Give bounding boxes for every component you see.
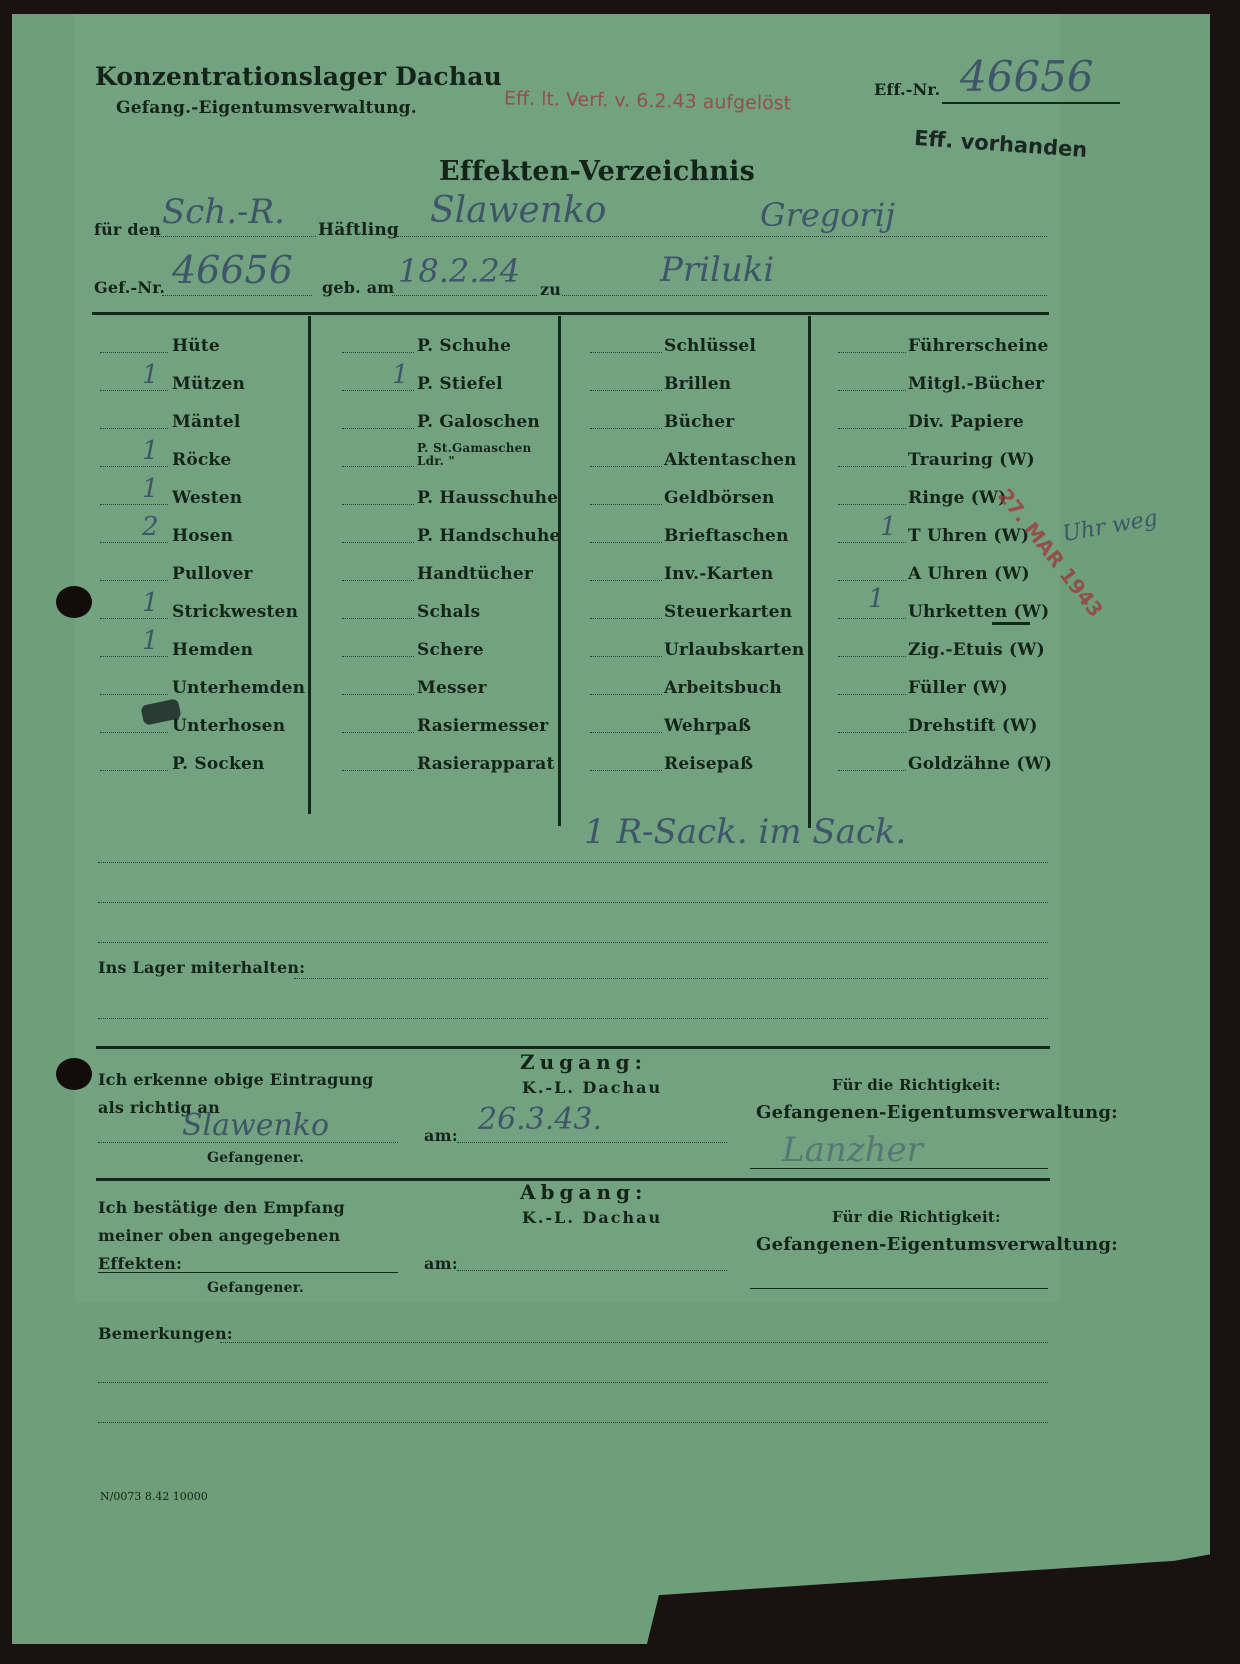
- abgang-signature-line: [98, 1272, 398, 1273]
- qty-line: [100, 732, 168, 733]
- category-field-line: [154, 236, 316, 237]
- eff-nr-value: 46656: [960, 52, 1094, 101]
- item-fueller: Füller (W): [908, 678, 1008, 698]
- extra-handwritten-note: 1 R-Sack. im Sack.: [584, 812, 906, 852]
- abgang-am-label: am:: [424, 1254, 458, 1273]
- qty-line: [590, 770, 662, 771]
- item-stiefel: P. Stiefel: [417, 374, 503, 394]
- item-inv-karten: Inv.-Karten: [664, 564, 773, 584]
- qty-line: [838, 542, 906, 543]
- qty-line: [838, 732, 906, 733]
- item-muetzen: Mützen: [172, 374, 245, 394]
- item-westen: Westen: [172, 488, 242, 508]
- header-divider: [92, 312, 1049, 315]
- item-arbeitsbuch: Arbeitsbuch: [664, 678, 782, 698]
- item-trauring: Trauring (W): [908, 450, 1035, 470]
- item-hausschuhe: P. Hausschuhe: [417, 488, 558, 508]
- notes-line: [98, 902, 1048, 903]
- qty-line: [590, 466, 662, 467]
- item-urlaubskarten: Urlaubskarten: [664, 640, 804, 660]
- official-signature-zugang: Lanzher: [782, 1130, 923, 1170]
- item-zig-etuis: Zig.-Etuis (W): [908, 640, 1045, 660]
- official-signature-line: [750, 1168, 1048, 1169]
- qty-muetzen: 1: [142, 360, 159, 390]
- org-department: Gefang.-Eigentumsverwaltung.: [116, 98, 417, 118]
- item-rasierapparat: Rasierapparat: [417, 754, 555, 774]
- punch-hole: [56, 586, 92, 618]
- item-geldboersen: Geldbörsen: [664, 488, 775, 508]
- qty-line: [100, 390, 168, 391]
- qty-line: [100, 618, 168, 619]
- zugang-date-line: [457, 1142, 727, 1143]
- qty-line: [838, 466, 906, 467]
- qty-line: [100, 352, 168, 353]
- qty-line: [342, 352, 414, 353]
- qty-line: [342, 428, 414, 429]
- zugang-title: Zugang:: [520, 1050, 647, 1074]
- qty-line: [100, 580, 168, 581]
- qty-line: [590, 732, 662, 733]
- gef-nr-value: 46656: [172, 248, 293, 292]
- item-t-uhren: T Uhren (W): [908, 526, 1029, 546]
- zu-label: zu: [540, 280, 561, 299]
- qty-line: [590, 694, 662, 695]
- qty-line: [342, 656, 414, 657]
- zugang-subtitle: K.-L. Dachau: [522, 1078, 662, 1097]
- qty-line: [342, 732, 414, 733]
- birthdate-value: 18.2.24: [398, 252, 520, 290]
- item-strickwesten: Strickwesten: [172, 602, 298, 622]
- qty-line: [342, 504, 414, 505]
- item-ringe: Ringe (W): [908, 488, 1007, 508]
- item-mitgl-buecher: Mitgl.-Bücher: [908, 374, 1044, 394]
- item-socken: P. Socken: [172, 754, 265, 774]
- qty-line: [590, 390, 662, 391]
- qty-hemden: 1: [142, 626, 159, 656]
- qty-line: [100, 466, 168, 467]
- qty-line: [342, 390, 414, 391]
- firstname-value: Gregorij: [760, 196, 895, 234]
- bemerkungen-label: Bemerkungen:: [98, 1324, 233, 1343]
- abgang-title: Abgang:: [520, 1180, 647, 1204]
- item-handtuecher: Handtücher: [417, 564, 533, 584]
- margin-handwritten-note: Uhr weg: [1061, 506, 1160, 547]
- item-goldzaehne: Goldzähne (W): [908, 754, 1052, 774]
- zugang-gefangener-label: Gefangener.: [207, 1150, 304, 1166]
- item-pullover: Pullover: [172, 564, 253, 584]
- org-name: Konzentrationslager Dachau: [95, 62, 502, 91]
- qty-line: [838, 618, 906, 619]
- gef-nr-label: Gef.-Nr.: [94, 278, 165, 297]
- abgang-date-line: [457, 1270, 727, 1271]
- qty-line: [342, 580, 414, 581]
- qty-line: [342, 542, 414, 543]
- item-aktentaschen: Aktentaschen: [664, 450, 797, 470]
- qty-line: [838, 390, 906, 391]
- birthplace-value: Priluki: [660, 250, 774, 290]
- section-divider: [96, 1046, 1050, 1049]
- item-buecher: Bücher: [664, 412, 734, 432]
- qty-hosen: 2: [142, 512, 159, 542]
- fuer-den-label: für den: [94, 220, 161, 239]
- item-unterhemden: Unterhemden: [172, 678, 305, 698]
- prisoner-signature-line: [98, 1142, 398, 1143]
- qty-line: [838, 504, 906, 505]
- item-handschuhe: P. Handschuhe: [417, 526, 561, 546]
- qty-t-uhren: 1: [880, 512, 897, 542]
- item-roecke: Röcke: [172, 450, 231, 470]
- item-huete: Hüte: [172, 336, 220, 356]
- item-brieftaschen: Brieftaschen: [664, 526, 789, 546]
- bemerkungen-line: [98, 1422, 1048, 1423]
- qty-line: [100, 428, 168, 429]
- item-a-uhren: A Uhren (W): [908, 564, 1030, 584]
- ins-lager-line: [294, 978, 1048, 979]
- qty-uhrketten: 1: [868, 584, 885, 614]
- abgang-gefangener-label: Gefangener.: [207, 1280, 304, 1296]
- qty-line: [590, 352, 662, 353]
- geb-am-label: geb. am: [322, 278, 394, 297]
- notes-line: [98, 862, 1048, 863]
- zugang-am-label: am:: [424, 1126, 458, 1145]
- qty-line: [590, 504, 662, 505]
- qty-line: [342, 466, 414, 467]
- category-value: Sch.-R.: [162, 192, 285, 232]
- qty-line: [590, 428, 662, 429]
- qty-line: [590, 580, 662, 581]
- item-fuehrerscheine: Führerscheine: [908, 336, 1049, 356]
- document-page: Konzentrationslager Dachau Gefang.-Eigen…: [12, 14, 1210, 1644]
- qty-line: [838, 770, 906, 771]
- item-brillen: Brillen: [664, 374, 731, 394]
- qty-stiefel: 1: [392, 360, 409, 390]
- surname-value: Slawenko: [430, 190, 606, 231]
- item-reisepass: Reisepaß: [664, 754, 753, 774]
- abgang-official-signature-line: [750, 1288, 1048, 1289]
- geb-am-field-line: [392, 295, 537, 296]
- uhrketten-underline: [992, 622, 1030, 625]
- qty-strickwesten: 1: [142, 588, 159, 618]
- item-schuhe: P. Schuhe: [417, 336, 511, 356]
- ins-lager-label: Ins Lager miterhalten:: [98, 958, 305, 977]
- abgang-richtigkeit-label: Für die Richtigkeit:: [832, 1208, 1001, 1226]
- item-gamaschen: P. St.Gamaschen Ldr. ": [417, 442, 557, 468]
- item-hemden: Hemden: [172, 640, 253, 660]
- page-title: Effekten-Verzeichnis: [439, 156, 755, 187]
- eff-nr-underline: [942, 102, 1120, 104]
- qty-line: [838, 580, 906, 581]
- eff-nr-label: Eff.-Nr.: [874, 80, 940, 99]
- prisoner-signature-zugang: Slawenko: [182, 1108, 329, 1143]
- qty-line: [838, 656, 906, 657]
- name-field-line: [397, 236, 1047, 237]
- column-separator: [558, 316, 561, 826]
- qty-westen: 1: [142, 474, 159, 504]
- print-code: N/0073 8.42 10000: [100, 1490, 208, 1503]
- bemerkungen-line: [98, 1382, 1048, 1383]
- gef-nr-field-line: [162, 295, 312, 296]
- qty-line: [100, 542, 168, 543]
- qty-line: [838, 428, 906, 429]
- qty-line: [838, 352, 906, 353]
- abgang-verwaltung-label: Gefangenen-Eigentumsverwaltung:: [756, 1234, 1118, 1255]
- item-hosen: Hosen: [172, 526, 233, 546]
- ins-lager-line-2: [98, 1018, 1048, 1019]
- zugang-richtigkeit-label: Für die Richtigkeit:: [832, 1076, 1001, 1094]
- qty-line: [838, 694, 906, 695]
- qty-line: [590, 656, 662, 657]
- qty-line: [100, 694, 168, 695]
- notes-line: [98, 942, 1048, 943]
- qty-line: [590, 618, 662, 619]
- qty-line: [342, 770, 414, 771]
- qty-line: [590, 542, 662, 543]
- item-uhrketten: Uhrketten (W): [908, 602, 1049, 622]
- qty-line: [100, 504, 168, 505]
- item-messer: Messer: [417, 678, 487, 698]
- abgang-subtitle: K.-L. Dachau: [522, 1208, 662, 1227]
- qty-line: [342, 694, 414, 695]
- qty-roecke: 1: [142, 436, 159, 466]
- qty-line: [342, 618, 414, 619]
- item-schere: Schere: [417, 640, 484, 660]
- column-separator: [308, 316, 311, 814]
- qty-line: [100, 656, 168, 657]
- zugang-verwaltung-label: Gefangenen-Eigentumsverwaltung:: [756, 1102, 1118, 1123]
- item-unterhosen: Unterhosen: [172, 716, 285, 736]
- item-drehstift: Drehstift (W): [908, 716, 1038, 736]
- birthplace-field-line: [562, 295, 1047, 296]
- column-separator: [808, 316, 811, 828]
- qty-line: [100, 770, 168, 771]
- item-galoschen: P. Galoschen: [417, 412, 540, 432]
- abgang-statement: Ich bestätige den Empfang meiner oben an…: [98, 1194, 398, 1278]
- zugang-date-value: 26.3.43.: [478, 1102, 602, 1137]
- haeftling-label: Häftling: [318, 220, 399, 240]
- item-maentel: Mäntel: [172, 412, 241, 432]
- item-rasiermesser: Rasiermesser: [417, 716, 548, 736]
- item-schals: Schals: [417, 602, 480, 622]
- item-div-papiere: Div. Papiere: [908, 412, 1024, 432]
- item-schluessel: Schlüssel: [664, 336, 756, 356]
- item-steuerkarten: Steuerkarten: [664, 602, 792, 622]
- item-wehrpass: Wehrpaß: [664, 716, 751, 736]
- punch-hole: [56, 1058, 92, 1090]
- bemerkungen-line: [220, 1342, 1048, 1343]
